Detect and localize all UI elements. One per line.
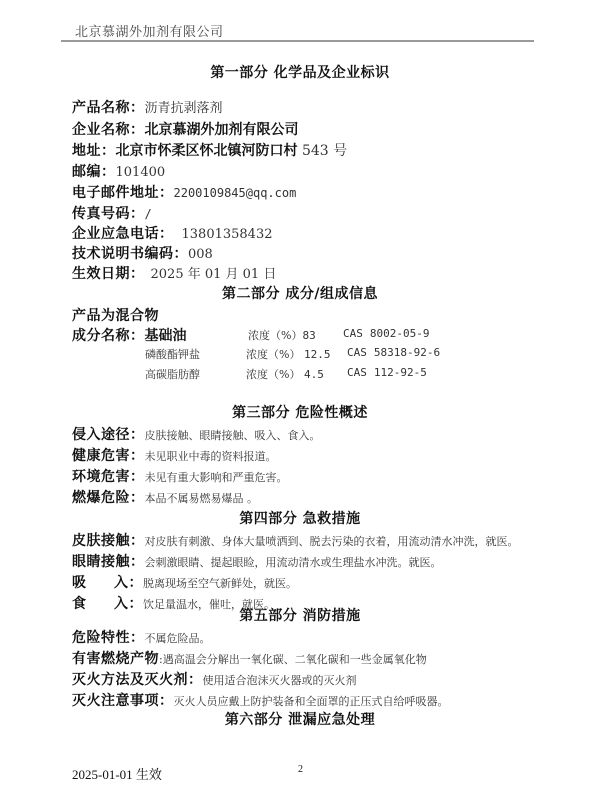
component-name-2: 磷酸酯钾盐 <box>145 346 200 362</box>
conc-label: 浓度（%） <box>246 348 300 361</box>
field-product-name: 产品名称：沥青抗剥落剂 <box>72 97 223 117</box>
field-address: 地址：北京市怀柔区怀北镇河防口村 543 号 <box>72 140 347 160</box>
field-label: 地址： <box>72 143 116 159</box>
section-title-part6: 第六部分 泄漏应急处理 <box>0 709 600 729</box>
field-value: 沥青抗剥落剂 <box>145 101 223 116</box>
field-label: 灭火方法及灭火剂： <box>72 672 203 688</box>
field-label: 有害燃烧产物 <box>72 651 159 667</box>
field-email: 电子邮件地址：2200109845@qq.com <box>72 182 296 202</box>
field-value: 2200109845@qq.com <box>174 186 297 200</box>
cas-value: 112-92-5 <box>374 366 427 379</box>
field-firefighting-notes: 灭火注意事项：灭火人员应戴上防护装备和全面罩的正压式自给呼吸器。 <box>72 690 449 710</box>
field-label: 电子邮件地址： <box>72 185 174 201</box>
cas-value: 58318-92-6 <box>374 346 440 359</box>
cas-value: 8002-05-9 <box>370 327 430 340</box>
field-label: 灭火注意事项： <box>72 693 174 709</box>
section-title-part3: 第三部分 危险性概述 <box>0 402 600 422</box>
component-name-3: 高碳脂肪醇 <box>145 366 200 382</box>
field-value: 101400 <box>116 165 166 180</box>
field-value: 未见职业中毒的资料报道。 <box>145 450 277 463</box>
field-label: 传真号码： <box>72 206 145 222</box>
field-value: 未见有重大影响和严重危害。 <box>145 471 288 484</box>
field-label: 企业应急电话： <box>72 226 174 242</box>
field-value: 本品不属易燃易爆品 。 <box>145 492 259 505</box>
component-cas-2: CAS 58318-92-6 <box>347 346 440 359</box>
field-label: 生效日期： <box>72 266 145 282</box>
mixture-note-text: 产品为混合物 <box>72 308 159 324</box>
field-combustion-products: 有害燃烧产物:遇高温会分解出一氧化碳、二氧化碳和一些金属氧化物 <box>72 648 427 668</box>
field-extinguishing-method: 灭火方法及灭火剂：使用适合泡沫灭火器或的灭火剂 <box>72 669 357 689</box>
component-cas-3: CAS 112-92-5 <box>347 366 427 379</box>
field-postcode: 邮编：101400 <box>72 161 165 181</box>
component-cas-1: CAS 8002-05-9 <box>343 327 429 340</box>
field-label-a: 吸 <box>72 572 114 592</box>
field-label: 健康危害： <box>72 448 145 464</box>
footer-page-number: 2 <box>298 764 303 775</box>
field-label: 产品名称： <box>72 100 145 116</box>
field-label: 眼睛接触： <box>72 554 145 570</box>
field-value: 会刺激眼睛、提起眼睑，用流动清水或生理盐水冲洗。就医。 <box>145 556 442 569</box>
field-label: 皮肤接触： <box>72 533 145 549</box>
field-exposure-route: 侵入途径：皮肤接触、眼睛接触、吸入、食入。 <box>72 424 321 444</box>
field-value: 北京市怀柔区怀北镇河防口村 <box>116 143 298 159</box>
field-label: 邮编： <box>72 164 116 180</box>
field-value: 使用适合泡沫灭火器或的灭火剂 <box>203 674 357 687</box>
component-row-1: 成分名称：基础油 <box>72 325 187 345</box>
field-label: 环境危害： <box>72 469 145 485</box>
conc-label: 浓度（%） <box>248 329 302 342</box>
component-name: 基础油 <box>145 328 187 344</box>
cas-label: CAS <box>343 327 363 340</box>
field-label: 危险特性： <box>72 630 145 646</box>
field-spec-code: 技术说明书编码：008 <box>72 243 213 263</box>
component-conc-3: 浓度（%） 4.5 <box>246 366 324 382</box>
field-company-name: 企业名称：北京慕湖外加剂有限公司 <box>72 119 299 139</box>
field-value: 北京慕湖外加剂有限公司 <box>145 122 299 138</box>
conc-value: 12.5 <box>304 348 331 361</box>
header-company: 北京慕湖外加剂有限公司 <box>75 21 224 40</box>
section-title-part2: 第二部分 成分/组成信息 <box>0 283 600 303</box>
field-value: :遇高温会分解出一氧化碳、二氧化碳和一些金属氧化物 <box>159 653 427 666</box>
field-value: / <box>145 207 152 221</box>
field-value: 脱离现场至空气新鲜处，就医。 <box>143 577 297 590</box>
field-skin-contact: 皮肤接触：对皮肤有刺激、身体大量喷洒到、脱去污染的衣着，用流动清水冲洗，就医。 <box>72 530 519 550</box>
conc-label: 浓度（%） <box>246 368 300 381</box>
field-fire-explosion: 燃爆危险：本品不属易燃易爆品 。 <box>72 487 258 507</box>
section-title-part4: 第四部分 急救措施 <box>0 508 600 528</box>
field-emergency-phone: 企业应急电话：13801358432 <box>72 223 272 243</box>
field-value: 对皮肤有刺激、身体大量喷洒到、脱去污染的衣着，用流动清水冲洗，就医。 <box>145 535 519 548</box>
field-label: 侵入途径： <box>72 427 145 443</box>
component-label: 成分名称： <box>72 328 145 344</box>
component-conc-1: 浓度（%）83 <box>248 327 316 343</box>
field-fax: 传真号码：/ <box>72 203 152 223</box>
field-value: 008 <box>188 247 213 262</box>
field-value: 2025 年 01 月 01 日 <box>151 267 277 282</box>
field-value: 灭火人员应戴上防护装备和全面罩的正压式自给呼吸器。 <box>174 695 449 708</box>
cas-label: CAS <box>347 346 367 359</box>
field-value: 13801358432 <box>182 227 273 242</box>
component-conc-2: 浓度（%） 12.5 <box>246 346 330 362</box>
field-env-hazard: 环境危害：未见有重大影响和严重危害。 <box>72 466 288 486</box>
field-value: 皮肤接触、眼睛接触、吸入、食入。 <box>145 429 321 442</box>
field-value: 不属危险品。 <box>145 632 211 645</box>
field-value-suffix: 543 号 <box>298 143 348 159</box>
conc-value: 4.5 <box>304 368 324 381</box>
section-title-part5: 第五部分 消防措施 <box>0 605 600 625</box>
field-effective-date: 生效日期：2025 年 01 月 01 日 <box>72 263 276 283</box>
field-hazard-property: 危险特性：不属危险品。 <box>72 627 211 647</box>
cas-label: CAS <box>347 366 367 379</box>
field-label-b: 入： <box>114 575 143 591</box>
field-inhalation: 吸入：脱离现场至空气新鲜处，就医。 <box>72 572 297 592</box>
footer-effective-date: 2025-01-01 生效 <box>72 764 162 783</box>
field-label: 技术说明书编码： <box>72 246 188 262</box>
field-label: 燃爆危险： <box>72 490 145 506</box>
field-health-hazard: 健康危害：未见职业中毒的资料报道。 <box>72 445 277 465</box>
header-divider <box>61 40 534 42</box>
field-eye-contact: 眼睛接触：会刺激眼睛、提起眼睑，用流动清水或生理盐水冲洗。就医。 <box>72 551 442 571</box>
field-label: 企业名称： <box>72 122 145 138</box>
mixture-note: 产品为混合物 <box>72 305 159 325</box>
section-title-part1: 第一部分 化学品及企业标识 <box>0 62 600 82</box>
conc-value: 83 <box>302 329 315 342</box>
